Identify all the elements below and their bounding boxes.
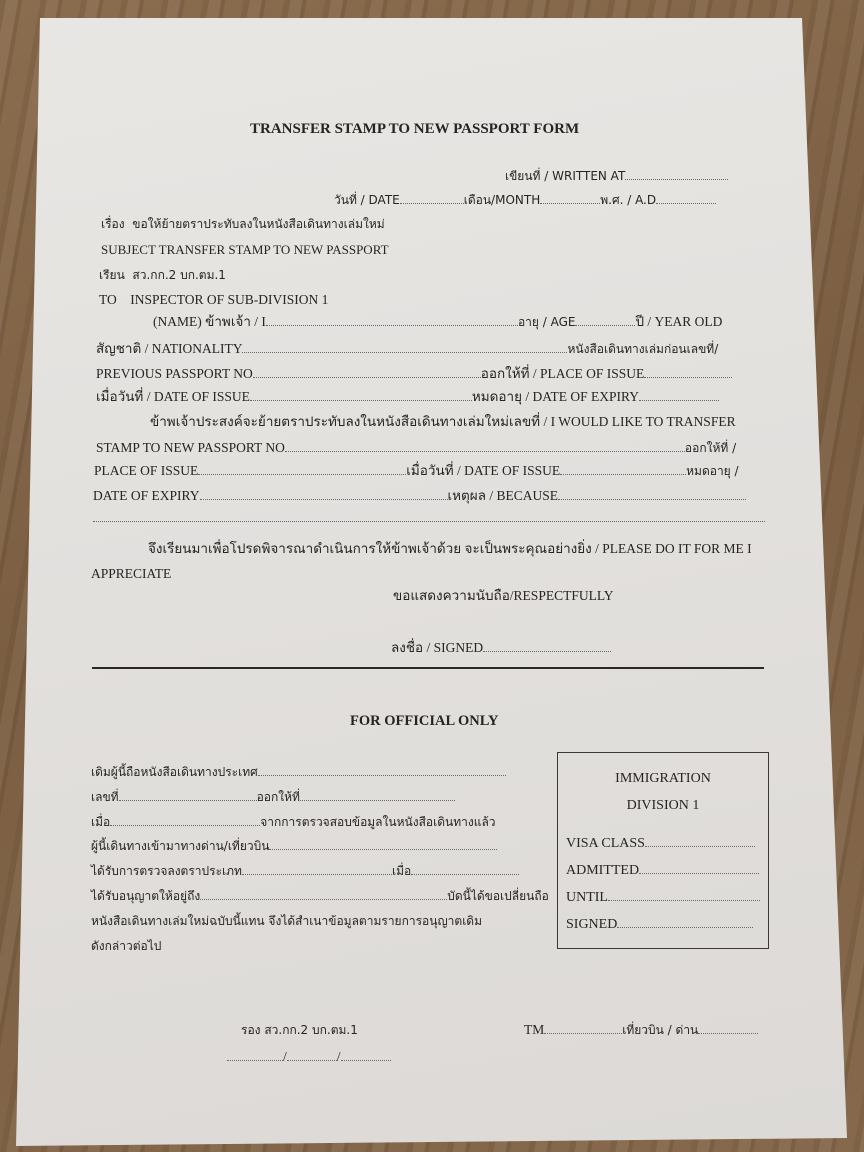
official-line-5: ได้รับการตรวจลงตราประเภทเมื่อ: [91, 863, 519, 879]
date-of-issue-label: เมื่อวันที่ / DATE OF ISSUE: [96, 389, 250, 404]
deputy-label: รอง สว.กก.2 บก.ตม.1: [241, 1022, 358, 1038]
issued-at-thai-label: ออกให้ที่ /: [685, 441, 736, 455]
respectfully: ขอแสดงความนับถือ/RESPECTFULLY: [393, 588, 613, 604]
official-day-blank[interactable]: [227, 1049, 283, 1061]
to-en-text: INSPECTOR OF SUB-DIVISION 1: [130, 292, 328, 307]
written-at-blank[interactable]: [625, 168, 728, 180]
official-l4-label: ผู้นี้เดินทางเข้ามาทางด่าน/เที่ยวบิน: [91, 839, 269, 853]
new-passport-row: STAMP TO NEW PASSPORT NOออกให้ที่ /: [96, 440, 736, 456]
official-l6b-label: บัดนี้ได้ขอเปลี่ยนถือ: [447, 889, 549, 903]
written-at-field[interactable]: เขียนที่ / WRITTEN AT: [505, 168, 728, 184]
age-label: อายุ / AGE: [518, 315, 576, 329]
until-row: UNTIL: [566, 889, 760, 906]
subject-thai: เรื่อง ขอให้ย้ายตราประทับลงในหนังสือเดิน…: [101, 216, 385, 232]
new-date-of-issue-blank[interactable]: [560, 463, 686, 475]
tm-blank[interactable]: [544, 1022, 622, 1034]
subject-thai-label: เรื่อง: [101, 217, 125, 231]
to-thai-label: เรียน: [99, 268, 125, 282]
official-l2a-label: เลขที่: [91, 790, 119, 804]
because-blank[interactable]: [558, 488, 746, 500]
to-en-label: TO: [99, 292, 117, 307]
date-of-issue-blank[interactable]: [250, 389, 472, 401]
nationality-blank[interactable]: [242, 341, 567, 353]
written-at-label: เขียนที่ / WRITTEN AT: [505, 169, 625, 183]
prev-passport-label: PREVIOUS PASSPORT NO: [96, 366, 253, 381]
because-blank-2[interactable]: [93, 510, 765, 522]
prev-passport-row: PREVIOUS PASSPORT NOออกให้ที่ / PLACE OF…: [96, 366, 732, 382]
stamp-signed-blank[interactable]: [617, 916, 753, 928]
section-divider: [92, 667, 764, 669]
official-month-blank[interactable]: [287, 1049, 337, 1061]
official-l1-blank[interactable]: [258, 764, 506, 776]
tm-row: TMเที่ยวบิน / ด่าน: [524, 1022, 758, 1038]
official-line-3: เมื่อจากการตรวจสอบข้อมูลในหนังสือเดินทาง…: [91, 814, 496, 830]
prev-passport-thai-label: หนังสือเดินทางเล่มก่อนเลขที่/: [567, 342, 718, 356]
new-date-of-issue-label: เมื่อวันที่ / DATE OF ISSUE: [406, 463, 560, 478]
to-thai-text: สว.กก.2 บก.ตม.1: [132, 268, 226, 282]
to-thai: เรียน สว.กก.2 บก.ตม.1: [99, 267, 226, 283]
flight-checkpoint-label: เที่ยวบิน / ด่าน: [622, 1023, 698, 1037]
visa-class-label: VISA CLASS: [566, 836, 645, 851]
nationality-row: สัญชาติ / NATIONALITYหนังสือเดินทางเล่มก…: [96, 341, 718, 357]
closing-line-2: APPRECIATE: [91, 566, 171, 582]
subject-thai-text: ขอให้ย้ายตราประทับลงในหนังสือเดินทางเล่ม…: [132, 217, 384, 231]
year-label: พ.ศ. / A.D: [600, 193, 656, 207]
date-row: วันที่ / DATEเดือน/MONTHพ.ศ. / A.D: [334, 192, 716, 208]
official-line-2: เลขที่ออกให้ที่: [91, 789, 455, 805]
new-expiry-thai-label: หมดอายุ /: [686, 464, 738, 478]
signed-label: ลงชื่อ / SIGNED: [391, 640, 483, 655]
admitted-row: ADMITTED: [566, 862, 759, 879]
official-l3a-blank[interactable]: [110, 814, 260, 826]
place-of-issue-label: ออกให้ที่ / PLACE OF ISSUE: [481, 366, 645, 381]
official-line-7: หนังสือเดินทางเล่มใหม่ฉบับนี้แทน จึงได้ส…: [91, 913, 482, 929]
official-l2b-label: ออกให้ที่: [257, 790, 300, 804]
name-age-row: (NAME) ข้าพเจ้า / Iอายุ / AGEปี / YEAR O…: [153, 314, 722, 330]
stamp-title-1: IMMIGRATION: [558, 771, 768, 787]
official-l2a-blank[interactable]: [119, 789, 257, 801]
stamp-signed-label: SIGNED: [566, 917, 617, 932]
official-l2b-blank[interactable]: [300, 789, 455, 801]
visa-class-row: VISA CLASS: [566, 835, 755, 852]
visa-class-blank[interactable]: [645, 835, 755, 847]
to-en: TO INSPECTOR OF SUB-DIVISION 1: [99, 292, 328, 308]
date-of-expiry-label: หมดอายุ / DATE OF EXPIRY: [472, 389, 639, 404]
month-blank[interactable]: [540, 192, 600, 204]
date-blank[interactable]: [400, 192, 464, 204]
official-heading: FOR OFFICIAL ONLY: [350, 713, 499, 729]
subject-en: SUBJECT TRANSFER STAMP TO NEW PASSPORT: [101, 242, 389, 258]
official-l5b-blank[interactable]: [411, 863, 519, 875]
until-blank[interactable]: [608, 889, 760, 901]
official-line-4: ผู้นี้เดินทางเข้ามาทางด่าน/เที่ยวบิน: [91, 838, 497, 854]
nationality-label: สัญชาติ / NATIONALITY: [96, 341, 242, 356]
official-l4-blank[interactable]: [269, 838, 497, 850]
expiry-because-row: DATE OF EXPIRYเหตุผล / BECAUSE: [93, 488, 746, 504]
age-blank[interactable]: [575, 314, 635, 326]
new-date-of-expiry-label: DATE OF EXPIRY: [93, 488, 200, 503]
official-l5a-label: ได้รับการตรวจลงตราประเภท: [91, 864, 242, 878]
because-continuation[interactable]: [93, 510, 765, 526]
date-label: วันที่ / DATE: [334, 193, 400, 207]
date-of-expiry-blank[interactable]: [639, 389, 719, 401]
name-blank[interactable]: [266, 314, 518, 326]
prev-passport-blank[interactable]: [253, 366, 481, 378]
new-passport-label: STAMP TO NEW PASSPORT NO: [96, 440, 285, 455]
stamp-signed-row: SIGNED: [566, 916, 753, 933]
official-line-8: ดังกล่าวต่อไป: [91, 938, 161, 954]
official-l3b-label: จากการตรวจสอบข้อมูลในหนังสือเดินทางแล้ว: [260, 815, 495, 829]
immigration-stamp-box: IMMIGRATION DIVISION 1 VISA CLASS ADMITT…: [557, 752, 769, 949]
until-label: UNTIL: [566, 890, 608, 905]
signed-row: ลงชื่อ / SIGNED: [391, 640, 611, 656]
official-l6a-blank[interactable]: [200, 888, 447, 900]
new-passport-blank[interactable]: [285, 440, 685, 452]
new-date-of-expiry-blank[interactable]: [200, 488, 448, 500]
official-l5a-blank[interactable]: [242, 863, 392, 875]
official-line-1: เดิมผู้นี้ถือหนังสือเดินทางประเทศ: [91, 764, 506, 780]
signed-blank[interactable]: [483, 640, 611, 652]
year-blank[interactable]: [656, 192, 716, 204]
issue-expiry-row: เมื่อวันที่ / DATE OF ISSUEหมดอายุ / DAT…: [96, 389, 719, 405]
official-l6a-label: ได้รับอนุญาตให้อยู่ถึง: [91, 889, 200, 903]
official-year-blank[interactable]: [341, 1049, 391, 1061]
new-place-of-issue-label: PLACE OF ISSUE: [94, 463, 198, 478]
form-title: TRANSFER STAMP TO NEW PASSPORT FORM: [250, 121, 579, 137]
official-l5b-label: เมื่อ: [392, 864, 411, 878]
admitted-blank[interactable]: [639, 862, 759, 874]
closing-line-1: จึงเรียนมาเพื่อโปรดพิจารณาดำเนินการให้ข้…: [148, 541, 752, 557]
because-label: เหตุผล / BECAUSE: [448, 488, 558, 503]
official-line-6: ได้รับอนุญาตให้อยู่ถึงบัดนี้ได้ขอเปลี่ยน…: [91, 888, 549, 904]
name-label: (NAME) ข้าพเจ้า / I: [153, 314, 266, 329]
new-issue-row: PLACE OF ISSUEเมื่อวันที่ / DATE OF ISSU…: [94, 463, 739, 479]
official-l1-label: เดิมผู้นี้ถือหนังสือเดินทางประเทศ: [91, 765, 258, 779]
official-l3a-label: เมื่อ: [91, 815, 110, 829]
year-old-label: ปี / YEAR OLD: [635, 314, 722, 329]
stamp-title-2: DIVISION 1: [558, 798, 768, 814]
tm-label: TM: [524, 1022, 544, 1037]
transfer-line-1: ข้าพเจ้าประสงค์จะย้ายตราประทับลงในหนังสื…: [150, 414, 736, 430]
month-label: เดือน/MONTH: [464, 193, 540, 207]
new-place-of-issue-blank[interactable]: [198, 463, 406, 475]
place-of-issue-blank[interactable]: [644, 366, 732, 378]
flight-checkpoint-blank[interactable]: [698, 1022, 758, 1034]
admitted-label: ADMITTED: [566, 863, 639, 878]
official-date-row: //: [227, 1049, 391, 1065]
